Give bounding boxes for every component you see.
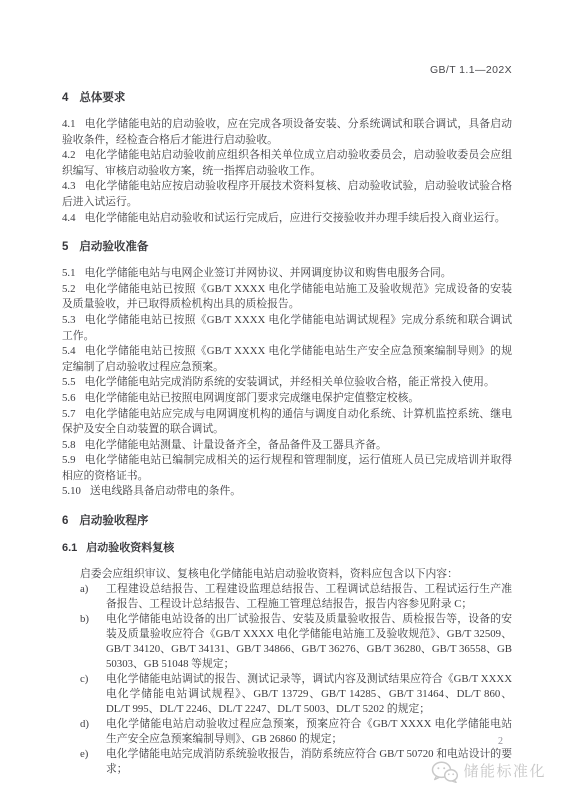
section-4-heading: 4总体要求 [62,91,512,106]
clause-text: 电化学储能电站已按照《GB/T XXXX 电化学储能电站施工及验收规范》完成设备… [62,283,512,311]
clause-label: 4.3 [62,180,76,192]
clause-5-10: 5.10送电线路具备启动带电的条件。 [62,484,512,500]
clause-text: 送电线路具备启动带电的条件。 [90,485,241,497]
item-text: 电化学储能电站启动验收过程应急预案，预案应符合《GB/T XXXX 电化学储能电… [106,718,512,745]
clause-4-2: 4.2电化学储能电站启动验收前应组织各相关单位成立启动验收委员会，启动验收委员会… [62,148,512,179]
clause-text: 电化学储能电站已按照《GB/T XXXX 电化学储能电站调试规程》完成分系统和联… [62,314,512,342]
clause-label: 4.2 [62,149,76,161]
page-content: GB/T 1.1—202X 4总体要求 4.1电化学储能电站的启动验收，应在完成… [62,64,512,777]
item-text: 工程建设总结报告、工程建设监理总结报告、工程调试总结报告、工程试运行生产准备报告… [106,583,512,610]
section-title: 启动验收准备 [79,241,148,253]
item-label: e) [80,747,88,762]
clause-4-1: 4.1电化学储能电站的启动验收，应在完成各项设备安装、分系统调试和联合调试，具备… [62,117,512,148]
clause-5-9: 5.9电化学储能电站已编制完成相关的运行规程和管理制度，运行值班人员已完成培训并… [62,453,512,484]
watermark-text: 储能标准化 [463,762,546,782]
clause-5-6: 5.6电化学储能电站已按照电网调度部门要求完成继电保护定值整定校核。 [62,391,512,407]
clause-label: 5.9 [62,454,76,466]
clause-text: 电化学储能电站已按照电网调度部门要求完成继电保护定值整定校核。 [85,392,420,404]
item-text: 电化学储能电站调试的报告、测试记录等，调试内容及测试结果应符合《GB/T XXX… [106,673,512,715]
item-text: 电化学储能电站设备的出厂试验报告、安装及质量验收报告、质检报告等，设备的安装及质… [106,613,512,670]
clause-label: 5.1 [62,267,76,279]
list-item-a: a)工程建设总结报告、工程建设监理总结报告、工程调试总结报告、工程试运行生产准备… [62,582,512,612]
section-5-heading: 5启动验收准备 [62,240,512,255]
document-page: GB/T 1.1—202X 4总体要求 4.1电化学储能电站的启动验收，应在完成… [0,0,565,800]
clause-5-3: 5.3电化学储能电站已按照《GB/T XXXX 电化学储能电站调试规程》完成分系… [62,313,512,344]
section-number: 6 [62,515,68,527]
item-label: d) [80,717,89,732]
clause-5-7: 5.7电化学储能电站应完成与电网调度机构的通信与调度自动化系统、计算机监控系统、… [62,407,512,438]
list-item-b: b)电化学储能电站设备的出厂试验报告、安装及质量验收报告、质检报告等，设备的安装… [62,612,512,672]
clause-5-8: 5.8电化学储能电站测量、计量设备齐全，备品备件及工器具齐备。 [62,438,512,454]
clause-label: 4.4 [62,212,76,224]
watermark: 储能标准化 [431,761,546,783]
clause-label: 5.4 [62,345,76,357]
clause-text: 电化学储能电站测量、计量设备齐全，备品备件及工器具齐备。 [85,439,387,451]
list-item-d: d)电化学储能电站启动验收过程应急预案，预案应符合《GB/T XXXX 电化学储… [62,717,512,747]
standard-code: GB/T 1.1—202X [62,64,512,77]
clause-text: 电化学储能电站已编制完成相关的运行规程和管理制度，运行值班人员已完成培训并取得相… [62,454,512,482]
subsection-title: 启动验收资料复核 [86,542,174,554]
clause-text: 电化学储能电站启动验收前应组织各相关单位成立启动验收委员会，启动验收委员会应组织… [62,149,512,177]
clause-text: 电化学储能电站的启动验收，应在完成各项设备安装、分系统调试和联合调试，具备启动验… [62,118,512,146]
section-title: 启动验收程序 [79,515,148,527]
clause-5-1: 5.1电化学储能电站与电网企业签订并网协议、并网调度协议和购售电服务合同。 [62,266,512,282]
clause-label: 5.6 [62,392,76,404]
clause-label: 5.10 [62,485,81,497]
clause-label: 5.8 [62,439,76,451]
subsection-6-1-heading: 6.1启动验收资料复核 [62,541,512,556]
clause-text: 电化学储能电站与电网企业签订并网协议、并网调度协议和购售电服务合同。 [85,267,452,279]
clause-text: 电化学储能电站启动验收和试运行完成后，应进行交接验收并办理手续后投入商业运行。 [85,212,506,224]
clause-label: 5.7 [62,408,76,420]
clause-text: 电化学储能电站应完成与电网调度机构的通信与调度自动化系统、计算机监控系统、继电保… [62,408,512,436]
clause-4-4: 4.4电化学储能电站启动验收和试运行完成后，应进行交接验收并办理手续后投入商业运… [62,211,512,227]
item-label: b) [80,612,89,627]
list-item-c: c)电化学储能电站调试的报告、测试记录等，调试内容及测试结果应符合《GB/T X… [62,672,512,717]
section-number: 4 [62,92,68,104]
item-label: c) [80,672,88,687]
section-number: 5 [62,241,68,253]
clause-label: 5.2 [62,283,76,295]
clause-text: 电化学储能电站已按照《GB/T XXXX 电化学储能电站生产安全应急预案编制导则… [62,345,512,373]
section-title: 总体要求 [79,92,125,104]
clause-5-4: 5.4电化学储能电站已按照《GB/T XXXX 电化学储能电站生产安全应急预案编… [62,344,512,375]
clause-text: 电化学储能电站完成消防系统的安装调试，并经相关单位验收合格，能正常投入使用。 [85,376,495,388]
item-label: a) [80,582,88,597]
clause-5-5: 5.5电化学储能电站完成消防系统的安装调试，并经相关单位验收合格，能正常投入使用… [62,375,512,391]
list-intro: 启委会应组织审议、复核电化学储能电站启动验收资料，资料应包含以下内容： [62,567,512,582]
clause-4-3: 4.3电化学储能电站应按启动验收程序开展技术资料复核、启动验收试验，启动验收试验… [62,179,512,210]
clause-label: 5.3 [62,314,76,326]
clause-text: 电化学储能电站应按启动验收程序开展技术资料复核、启动验收试验，启动验收试验合格后… [62,180,512,208]
page-number: 2 [498,736,503,747]
subsection-number: 6.1 [62,542,77,554]
section-6-heading: 6启动验收程序 [62,514,512,529]
clause-5-2: 5.2电化学储能电站已按照《GB/T XXXX 电化学储能电站施工及验收规范》完… [62,282,512,313]
clause-label: 4.1 [62,118,76,130]
clause-label: 5.5 [62,376,76,388]
wechat-icon [431,761,458,783]
